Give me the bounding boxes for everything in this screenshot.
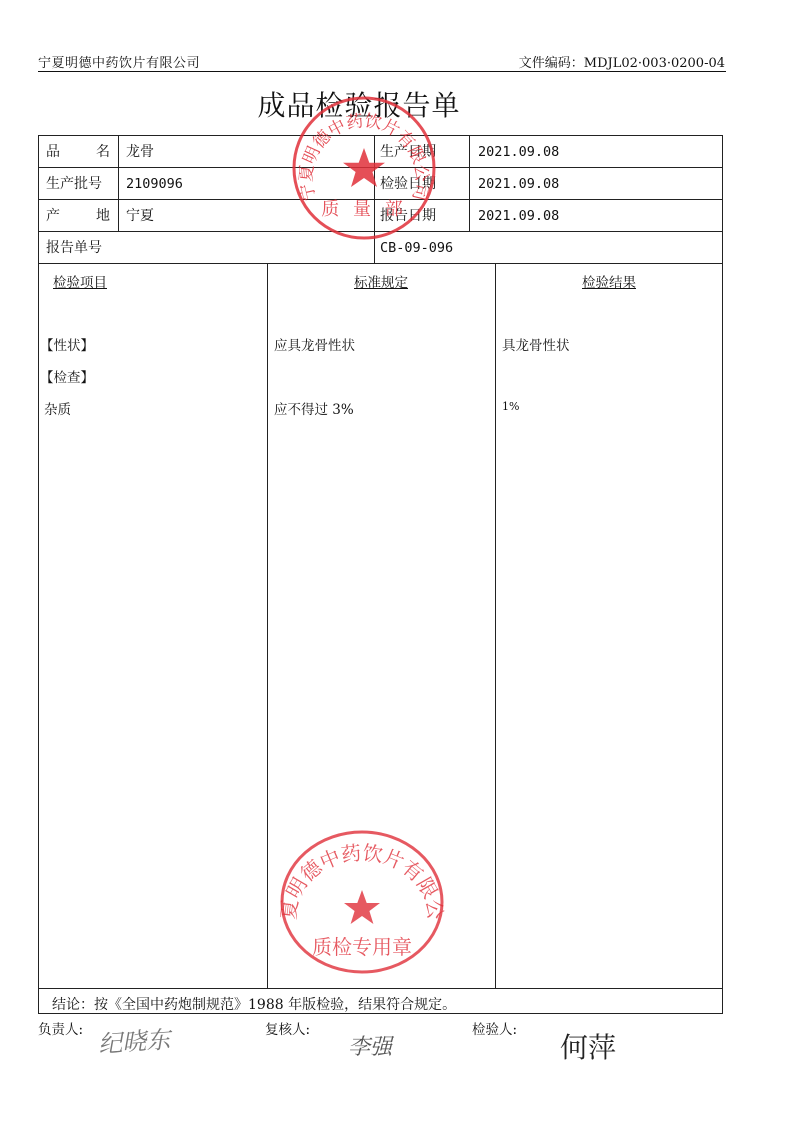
inspection-date-label: 检验日期 xyxy=(380,168,436,200)
column-header-item: 检验项目 xyxy=(53,271,107,291)
production-date-label: 生产日期 xyxy=(380,136,436,168)
responsible-label: 负责人: xyxy=(38,1018,83,1038)
item-impurity: 杂质 xyxy=(44,398,71,418)
col-divider xyxy=(374,135,375,263)
label-char: 名 xyxy=(96,136,110,168)
standard-impurity: 应不得过 3% xyxy=(274,398,354,418)
report-date-label: 报告日期 xyxy=(380,200,436,232)
batch-value: 2109096 xyxy=(126,168,183,200)
report-no-label: 报告单号 xyxy=(46,232,102,264)
item-appearance: 【性状】 xyxy=(40,334,94,354)
col-divider xyxy=(118,135,119,231)
origin-label: 产 地 xyxy=(46,200,110,232)
row-divider xyxy=(38,988,723,989)
col-divider xyxy=(495,263,496,988)
inspector-signature: 何萍 xyxy=(560,1026,616,1066)
label-char: 产 xyxy=(46,200,60,232)
result-appearance: 具龙骨性状 xyxy=(502,334,570,354)
label-char: 地 xyxy=(96,200,110,232)
header-divider xyxy=(38,71,726,72)
product-name-label: 品 名 xyxy=(46,136,110,168)
column-header-result: 检验结果 xyxy=(495,271,723,291)
production-date-value: 2021.09.08 xyxy=(478,136,559,168)
reviewer-signature: 李强 xyxy=(348,1030,392,1061)
page-title: 成品检验报告单 xyxy=(0,84,718,124)
report-no-value: CB-09-096 xyxy=(380,232,453,264)
result-impurity: 1% xyxy=(502,400,519,413)
col-divider xyxy=(469,135,470,231)
report-table xyxy=(38,135,723,1014)
conclusion: 结论：按《全国中药炮制规范》1988 年版检验，结果符合规定。 xyxy=(52,994,456,1014)
item-inspection: 【检查】 xyxy=(40,366,94,386)
inspection-date-value: 2021.09.08 xyxy=(478,168,559,200)
document-code: 文件编码：MDJL02·003·0200-04 xyxy=(519,52,725,71)
reviewer-label: 复核人: xyxy=(265,1018,310,1038)
standard-appearance: 应具龙骨性状 xyxy=(274,334,355,354)
report-date-value: 2021.09.08 xyxy=(478,200,559,232)
responsible-signature: 纪晓东 xyxy=(97,1020,171,1060)
label-char: 品 xyxy=(46,136,60,168)
batch-label: 生产批号 xyxy=(46,168,102,200)
product-name-value: 龙骨 xyxy=(126,136,154,168)
column-header-standard: 标准规定 xyxy=(267,271,495,291)
col-divider xyxy=(267,263,268,988)
company-name: 宁夏明德中药饮片有限公司 xyxy=(38,52,200,71)
origin-value: 宁夏 xyxy=(126,200,154,232)
inspector-label: 检验人: xyxy=(472,1018,517,1038)
